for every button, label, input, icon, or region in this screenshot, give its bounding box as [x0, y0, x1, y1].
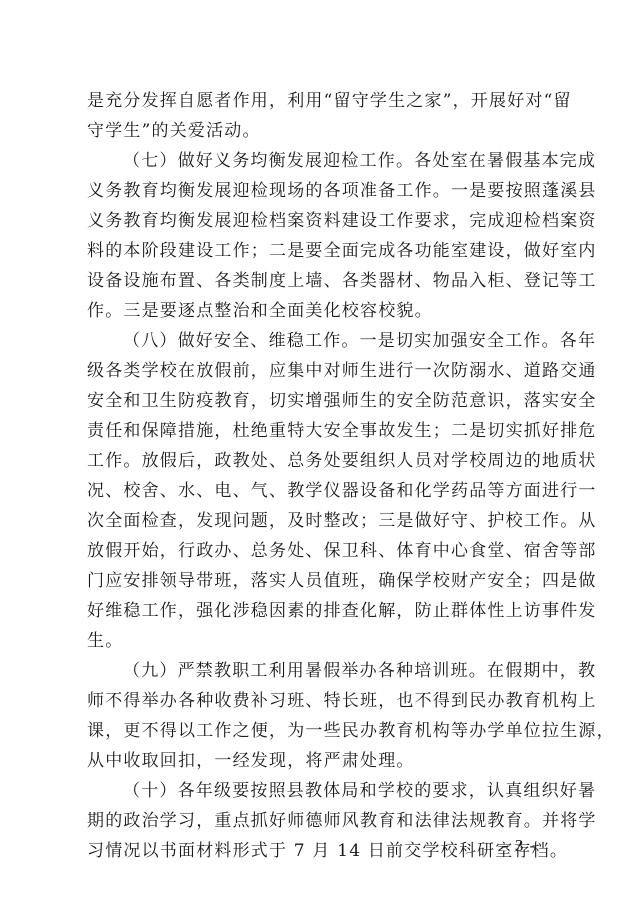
text-line: 门应安排领导带班，落实人员值班，确保学校财产安全；四是做: [87, 566, 557, 596]
text-line: 料的本阶段建设工作；二是要全面完成各功能室建设，做好室内: [87, 236, 557, 266]
text-line: 课，更不得以工作之便，为一些民办教育机构等办学单位拉生源，: [87, 716, 557, 746]
document-body: 是充分发挥自愿者作用，利用“留守学生之家”，开展好对“留 守学生”的关爱活动。 …: [87, 86, 557, 866]
paragraph-heading-line: （七）做好义务均衡发展迎检工作。各处室在暑假基本完成: [87, 146, 557, 176]
text-line: 好维稳工作，强化涉稳因素的排查化解，防止群体性上访事件发: [87, 596, 557, 626]
text-line: 责任和保障措施，杜绝重特大安全事故发生；二是切实抓好排危: [87, 416, 557, 446]
text-line: 设备设施布置、各类制度上墙、各类器材、物品入柜、登记等工: [87, 266, 557, 296]
document-page: 是充分发挥自愿者作用，利用“留守学生之家”，开展好对“留 守学生”的关爱活动。 …: [0, 0, 640, 905]
text-line: 从中收取回扣，一经发现，将严肃处理。: [87, 746, 557, 776]
text-line: 师不得举办各种收费补习班、特长班，也不得到民办教育机构上: [87, 686, 557, 716]
text-line: 安全和卫生防疫教育，切实增强师生的安全防范意识，落实安全: [87, 386, 557, 416]
text-line: 义务教育均衡发展迎检档案资料建设工作要求，完成迎检档案资: [87, 206, 557, 236]
text-line: 级各类学校在放假前，应集中对师生进行一次防溺水、道路交通: [87, 356, 557, 386]
text-line: 次全面检查，发现问题，及时整改；三是做好守、护校工作。从: [87, 506, 557, 536]
text-line: 是充分发挥自愿者作用，利用“留守学生之家”，开展好对“留: [87, 86, 557, 116]
text-line: 作。三是要逐点整治和全面美化校容校貌。: [87, 296, 557, 326]
text-line: 守学生”的关爱活动。: [87, 116, 557, 146]
page-number: - 3 -: [503, 836, 536, 856]
text-line: 生。: [87, 626, 557, 656]
text-line: 工作。放假后，政教处、总务处要组织人员对学校周边的地质状: [87, 446, 557, 476]
text-line: 习情况以书面材料形式于 7 月 14 日前交学校科研室存档。: [87, 836, 557, 866]
text-line: 况、校舍、水、电、气、教学仪器设备和化学药品等方面进行一: [87, 476, 557, 506]
paragraph-heading-line: （十）各年级要按照县教体局和学校的要求，认真组织好暑: [87, 776, 557, 806]
text-line: 义务教育均衡发展迎检现场的各项准备工作。一是要按照蓬溪县: [87, 176, 557, 206]
paragraph-heading-line: （九）严禁教职工利用暑假举办各种培训班。在假期中，教: [87, 656, 557, 686]
paragraph-heading-line: （八）做好安全、维稳工作。一是切实加强安全工作。各年: [87, 326, 557, 356]
text-line: 期的政治学习，重点抓好师德师风教育和法律法规教育。并将学: [87, 806, 557, 836]
text-line: 放假开始，行政办、总务处、保卫科、体育中心食堂、宿舍等部: [87, 536, 557, 566]
